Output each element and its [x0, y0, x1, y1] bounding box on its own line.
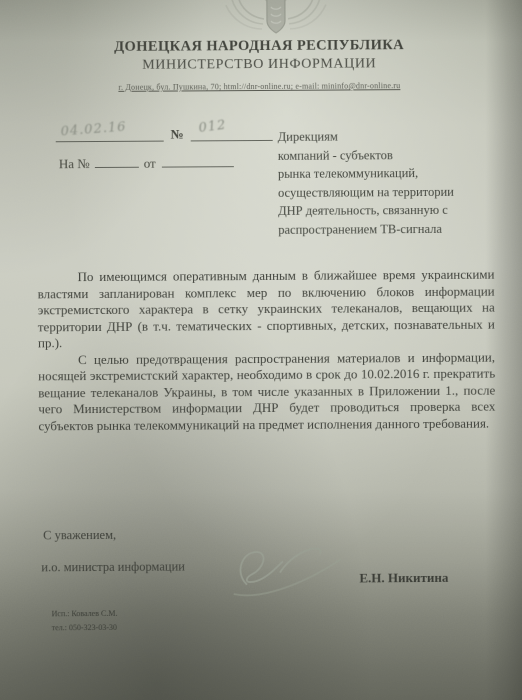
letterhead-address: г. Донецк, бул. Пушкина, 70; html://dnr-…	[0, 80, 520, 92]
recipient-line: компаний - субъектов	[278, 145, 496, 165]
letter-page: ДОНЕЦКАЯ НАРОДНАЯ РЕСПУБЛИКА МИНИСТЕРСТВ…	[0, 0, 522, 700]
ministry-name: МИНИСТЕРСТВО ИНФОРМАЦИИ	[0, 55, 520, 74]
recipient-line: осуществляющим на территории	[278, 182, 496, 202]
letter-body: По имеющимся оперативным данным в ближай…	[38, 267, 496, 435]
republic-name: ДОНЕЦКАЯ НАРОДНАЯ РЕСПУБЛИКА	[0, 36, 520, 56]
body-paragraph-1: По имеющимся оперативным данным в ближай…	[38, 267, 495, 352]
recipient-line: ДНР деятельность, связанную с	[278, 201, 496, 221]
date-underline	[56, 141, 164, 143]
executor-phone: тел.: 050-323-03-30	[52, 621, 118, 635]
closing-phrase: С уважением,	[43, 528, 116, 543]
document-photo: ДОНЕЦКАЯ НАРОДНАЯ РЕСПУБЛИКА МИНИСТЕРСТВ…	[0, 0, 522, 700]
executor-name: Исп.: Ковалев С.М.	[52, 607, 118, 621]
handwritten-signature	[216, 537, 351, 610]
reply-reference-line: На №от	[59, 155, 234, 172]
number-underline	[191, 140, 273, 142]
body-paragraph-2: С целью предотвращения распространения м…	[38, 349, 495, 434]
signer-name: Е.Н. Никитина	[359, 570, 448, 587]
reply-prefix: На №	[59, 156, 90, 171]
executor-footer: Исп.: Ковалев С.М. тел.: 050-323-03-30	[52, 607, 118, 635]
handwritten-date: 04.02.16	[60, 120, 127, 140]
reply-date-blank	[162, 155, 234, 167]
recipient-line: распространением ТВ-сигнала	[278, 220, 496, 240]
handwritten-number: 012	[198, 118, 228, 136]
recipient-block: Дирекциям компаний - субъектов рынка тел…	[278, 127, 497, 240]
signer-title: и.о. министра информации	[41, 559, 185, 575]
recipient-line: рынка телекоммуникаций,	[278, 164, 496, 184]
number-sign: №	[171, 126, 184, 142]
reply-number-blank	[95, 156, 139, 168]
recipient-line: Дирекциям	[278, 127, 496, 147]
reply-infix: от	[144, 156, 156, 171]
